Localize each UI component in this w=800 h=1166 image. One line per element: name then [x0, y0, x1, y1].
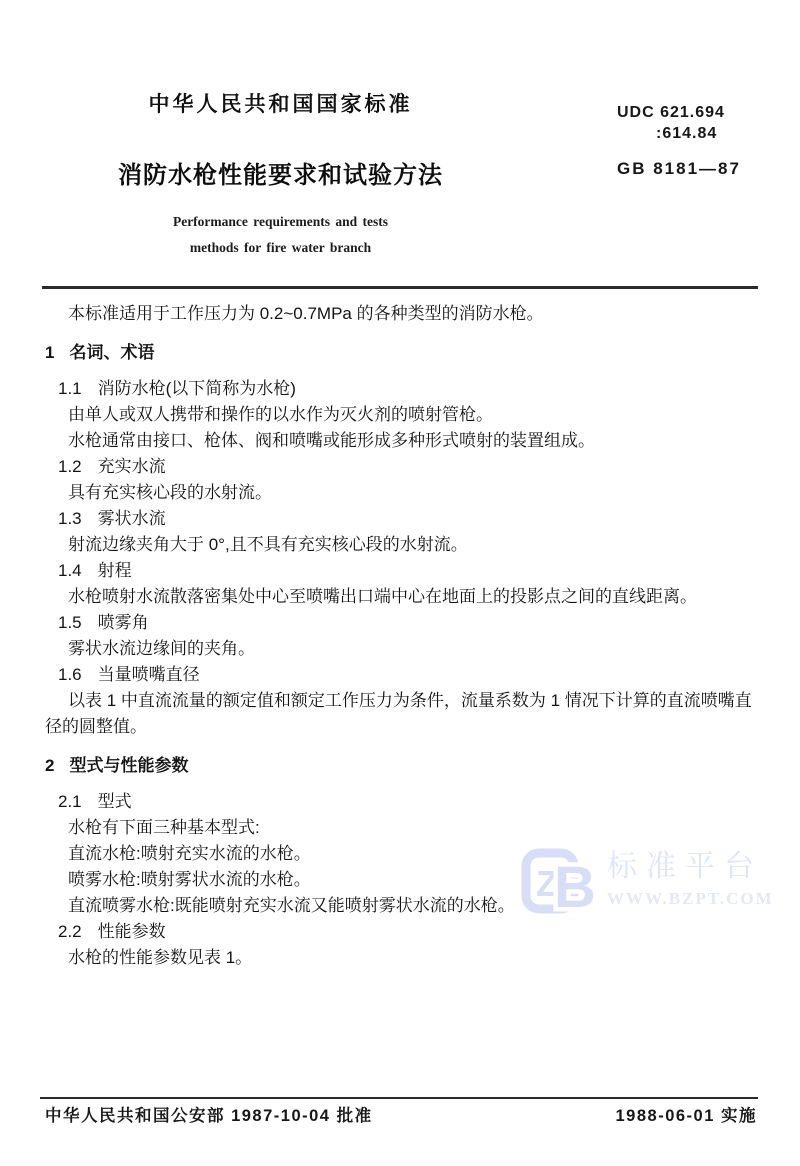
term-heading: 1.5喷雾角: [58, 610, 758, 636]
udc-line1: UDC 621.694: [617, 102, 741, 123]
term-heading: 2.2性能参数: [58, 919, 758, 945]
term-title: 性能参数: [98, 922, 166, 941]
document-page: 中华人民共和国国家标准 消防水枪性能要求和试验方法 Performance re…: [0, 0, 800, 1166]
doc-title: 消防水枪性能要求和试验方法: [28, 155, 533, 190]
term-heading: 1.1消防水枪(以下简称为水枪): [58, 376, 758, 402]
udc-number: UDC 621.694 :614.84: [617, 102, 741, 144]
svg-text:B: B: [554, 855, 596, 916]
watermark-text: 标准平台 WWW.BZPT.COM: [607, 848, 774, 909]
definition-paragraph: 水枪喷射水流散落密集处中心至喷嘴出口端中心在地面上的投影点之间的直线距离。: [45, 584, 758, 610]
term-heading: 1.6当量喷嘴直径: [58, 662, 758, 688]
watermark: Z B 标准平台 WWW.BZPT.COM: [521, 848, 774, 916]
section-number: 1: [45, 340, 54, 366]
definition-paragraph: 射流边缘夹角大于 0°,且不具有充实核心段的水射流。: [45, 532, 758, 558]
term-number: 1.4: [58, 558, 82, 584]
definition-paragraph: 具有充实核心段的水射流。: [45, 480, 758, 506]
term-title: 当量喷嘴直径: [98, 665, 200, 684]
term-title: 充实水流: [98, 457, 166, 476]
section-title: 名词、术语: [69, 343, 154, 362]
term-heading: 2.1型式: [58, 789, 758, 815]
section-number: 2: [45, 753, 54, 779]
definition-paragraph: 水枪通常由接口、枪体、阀和喷嘴或能形成多种形式喷射的装置组成。: [45, 428, 758, 454]
term-number: 2.1: [58, 789, 82, 815]
definition-paragraph: 由单人或双人携带和操作的以水作为灭火剂的喷射管枪。: [45, 402, 758, 428]
udc-line2: :614.84: [656, 123, 741, 144]
term-number: 2.2: [58, 919, 82, 945]
section-heading: 1名词、术语: [45, 340, 758, 366]
term-number: 1.3: [58, 506, 82, 532]
term-heading: 1.3雾状水流: [58, 506, 758, 532]
term-title: 雾状水流: [98, 509, 166, 528]
definition-paragraph: 以表 1 中直流流量的额定值和额定工作压力为条件，流量系数为 1 情况下计算的直…: [45, 688, 758, 740]
section-heading: 2型式与性能参数: [45, 753, 758, 779]
term-title: 射程: [98, 561, 132, 580]
footer: 中华人民共和国公安部 1987-10-04 批准 1988-06-01 实施: [45, 1102, 757, 1126]
approval-text: 中华人民共和国公安部 1987-10-04 批准: [45, 1102, 373, 1126]
header-title-block: 中华人民共和国国家标准 消防水枪性能要求和试验方法 Performance re…: [28, 88, 533, 256]
term-number: 1.2: [58, 454, 82, 480]
term-heading: 1.2充实水流: [58, 454, 758, 480]
term-number: 1.5: [58, 610, 82, 636]
term-heading: 1.4射程: [58, 558, 758, 584]
implementation-text: 1988-06-01 实施: [616, 1102, 758, 1126]
header-code-block: UDC 621.694 :614.84 GB 8181—87: [617, 102, 741, 179]
watermark-url: WWW.BZPT.COM: [607, 889, 774, 909]
org-title: 中华人民共和国国家标准: [28, 88, 533, 118]
term-number: 1.1: [58, 376, 82, 402]
section-title: 型式与性能参数: [69, 756, 188, 775]
term-title: 喷雾角: [98, 613, 149, 632]
header-divider: [42, 286, 758, 289]
term-number: 1.6: [58, 662, 82, 688]
watermark-logo-icon: Z B: [521, 848, 601, 916]
scope-paragraph: 本标准适用于工作压力为 0.2~0.7MPa 的各种类型的消防水枪。: [45, 301, 758, 327]
footer-divider: [40, 1097, 758, 1099]
doc-title-en-line1: Performance requirements and tests: [28, 214, 533, 230]
doc-title-en-line2: methods for fire water branch: [28, 240, 533, 256]
term-title: 消防水枪(以下简称为水枪): [98, 379, 296, 398]
term-title: 型式: [98, 792, 132, 811]
definition-paragraph: 雾状水流边缘间的夹角。: [45, 636, 758, 662]
standard-number: GB 8181—87: [617, 159, 741, 179]
watermark-brand: 标准平台: [607, 848, 774, 886]
definition-paragraph: 水枪的性能参数见表 1。: [45, 945, 758, 971]
definition-paragraph: 水枪有下面三种基本型式:: [45, 815, 758, 841]
